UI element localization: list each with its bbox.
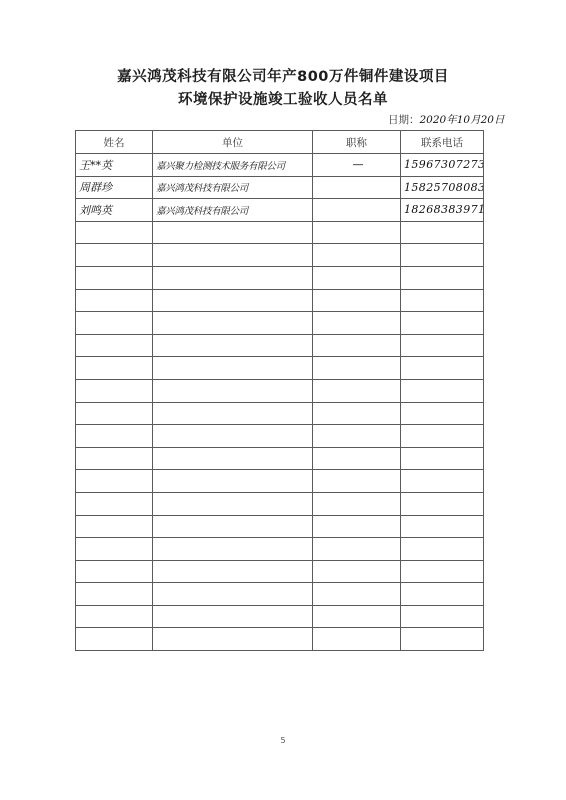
cell-title [313,199,401,222]
cell-unit [153,628,313,651]
cell-name: 王**英 [76,154,153,177]
table-row-empty [76,266,484,289]
cell-phone [401,266,484,289]
cell-phone [401,492,484,515]
cell-unit [153,470,313,493]
cell-unit [153,447,313,470]
cell-phone [401,221,484,244]
header-unit: 单位 [153,131,313,154]
cell-phone [401,379,484,402]
cell-name [76,334,153,357]
date-line: 日期：2020年10月20日 [388,112,504,127]
cell-phone [401,402,484,425]
cell-phone [401,244,484,267]
cell-phone [401,425,484,448]
table-row-empty [76,605,484,628]
table-row-empty [76,312,484,335]
attendee-table: 姓名 单位 职称 联系电话 王**英 嘉兴聚力检测技术服务有限公司 — 1596… [75,130,484,651]
table-row: 刘鸣英 嘉兴鸿茂科技有限公司 18268383971 [76,199,484,222]
table-row-empty [76,221,484,244]
cell-title [313,560,401,583]
page-number: 5 [0,736,566,745]
cell-title [313,221,401,244]
table-row-empty [76,492,484,515]
cell-unit [153,538,313,561]
cell-phone: 18268383971 [401,199,484,222]
cell-unit: 嘉兴鸿茂科技有限公司 [153,199,313,222]
cell-phone [401,312,484,335]
table-row: 周群珍 嘉兴鸿茂科技有限公司 15825708083 [76,176,484,199]
cell-name [76,266,153,289]
cell-name [76,605,153,628]
cell-phone: 15967307273 [401,154,484,177]
cell-phone [401,289,484,312]
cell-name [76,560,153,583]
cell-title [313,176,401,199]
date-label: 日期： [388,114,420,126]
cell-phone [401,583,484,606]
cell-title [313,266,401,289]
table-row-empty [76,244,484,267]
cell-title [313,244,401,267]
cell-name: 周群珍 [76,176,153,199]
cell-name [76,357,153,380]
cell-name [76,379,153,402]
table-row-empty [76,560,484,583]
cell-phone [401,470,484,493]
table-row-empty [76,289,484,312]
cell-title [313,628,401,651]
table-row-empty [76,447,484,470]
cell-name [76,289,153,312]
cell-phone [401,334,484,357]
cell-phone [401,447,484,470]
cell-name [76,425,153,448]
header-title: 职称 [313,131,401,154]
cell-phone [401,605,484,628]
table-row-empty [76,334,484,357]
cell-unit: 嘉兴聚力检测技术服务有限公司 [153,154,313,177]
cell-title: — [313,154,401,177]
document-title-line2: 环境保护设施竣工验收人员名单 [0,88,566,109]
cell-unit [153,560,313,583]
document-title-line1: 嘉兴鸿茂科技有限公司年产800万件铜件建设项目 [0,65,566,86]
cell-unit: 嘉兴鸿茂科技有限公司 [153,176,313,199]
cell-title [313,583,401,606]
cell-name [76,515,153,538]
cell-name [76,628,153,651]
cell-unit [153,515,313,538]
table-row-empty [76,425,484,448]
cell-title [313,379,401,402]
cell-title [313,289,401,312]
table-row-empty [76,357,484,380]
header-phone: 联系电话 [401,131,484,154]
table-row-empty [76,583,484,606]
cell-unit [153,289,313,312]
cell-name: 刘鸣英 [76,199,153,222]
cell-name [76,312,153,335]
table-row-empty [76,379,484,402]
date-value: 2020年10月20日 [420,114,505,126]
cell-phone [401,628,484,651]
cell-unit [153,605,313,628]
cell-title [313,605,401,628]
table-row: 王**英 嘉兴聚力检测技术服务有限公司 — 15967307273 [76,154,484,177]
cell-unit [153,266,313,289]
table-row-empty [76,538,484,561]
cell-title [313,515,401,538]
cell-name [76,538,153,561]
table-row-empty [76,515,484,538]
cell-title [313,447,401,470]
cell-phone [401,515,484,538]
cell-unit [153,312,313,335]
cell-phone [401,560,484,583]
cell-title [313,357,401,380]
cell-name [76,583,153,606]
cell-name [76,244,153,267]
cell-title [313,312,401,335]
cell-name [76,492,153,515]
cell-unit [153,402,313,425]
cell-title [313,402,401,425]
cell-name [76,470,153,493]
cell-title [313,538,401,561]
cell-unit [153,379,313,402]
table-row-empty [76,628,484,651]
cell-phone [401,538,484,561]
cell-unit [153,334,313,357]
cell-title [313,425,401,448]
cell-title [313,492,401,515]
header-name: 姓名 [76,131,153,154]
cell-unit [153,492,313,515]
cell-name [76,221,153,244]
cell-name [76,402,153,425]
table-header-row: 姓名 单位 职称 联系电话 [76,131,484,154]
table-row-empty [76,402,484,425]
cell-unit [153,221,313,244]
cell-name [76,447,153,470]
cell-title [313,470,401,493]
cell-phone [401,357,484,380]
cell-phone: 15825708083 [401,176,484,199]
cell-unit [153,244,313,267]
cell-unit [153,425,313,448]
table-row-empty [76,470,484,493]
cell-unit [153,583,313,606]
cell-title [313,334,401,357]
cell-unit [153,357,313,380]
